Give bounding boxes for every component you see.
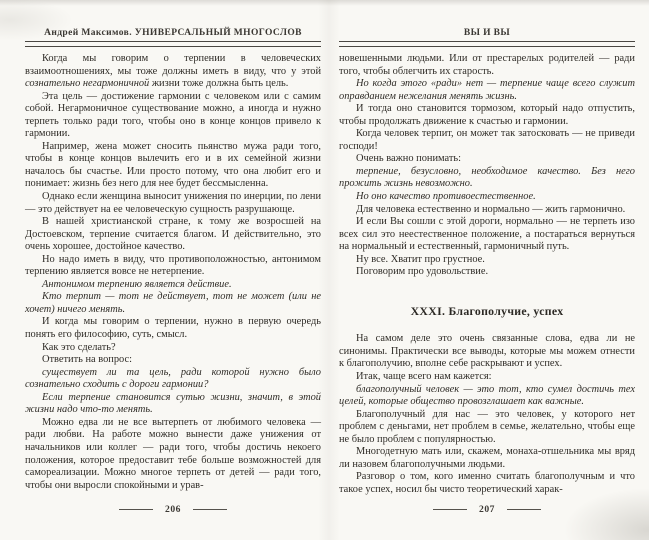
paragraph: Если терпение становится сутью жизни, зн… [25, 392, 321, 417]
paragraph: Например, жена может сносить пьянство му… [25, 141, 321, 191]
paragraph: Когда мы говорим о терпении в человеческ… [25, 53, 321, 91]
paragraph: Но когда этого «ради» нет — терпение чащ… [339, 78, 635, 103]
paragraph: Кто терпит — тот не действует, тот не мо… [25, 291, 321, 316]
paragraph: терпение, безусловно, необходимое качест… [339, 166, 635, 191]
page-left-text: Когда мы говорим о терпении в человеческ… [25, 53, 321, 492]
paragraph: Можно едва ли не все вытерпеть от любимо… [25, 417, 321, 492]
paragraph: И если Вы сошли с этой дороги, нормально… [339, 216, 635, 254]
running-head-left: Андрей Максимов. УНИВЕРСАЛЬНЫЙ МНОГОСЛОВ [25, 28, 321, 41]
book-spread: Андрей Максимов. УНИВЕРСАЛЬНЫЙ МНОГОСЛОВ… [0, 0, 649, 540]
paragraph: новешенными людьми. Или от престарелых р… [339, 53, 635, 78]
header-rule-right [339, 41, 635, 47]
paragraph: Поговорим про удовольствие. [339, 266, 635, 279]
running-head-right: ВЫ И ВЫ [339, 28, 635, 41]
paragraph: благополучный человек — это тот, кто сум… [339, 384, 635, 409]
paragraph: Антонимом терпению является действие. [25, 279, 321, 292]
footer-rule-left [433, 509, 467, 510]
paragraph: Как это сделать? [25, 342, 321, 355]
paragraph: Когда человек терпит, он может так затос… [339, 128, 635, 153]
paragraph: Благополучный для нас — это человек, у к… [339, 409, 635, 447]
paragraph: Ответить на вопрос: [25, 354, 321, 367]
page-gutter [318, 0, 340, 540]
paragraph: На самом деле это очень связанные слова,… [339, 333, 635, 371]
footer-rule-left [119, 509, 153, 510]
footer-rule-right [507, 509, 541, 510]
page-number-left: 206 [165, 504, 181, 515]
footer-rule-right [193, 509, 227, 510]
footer-right: 207 [339, 504, 635, 515]
paragraph: существует ли та цель, ради которой нужн… [25, 367, 321, 392]
paragraph: В нашей христианской стране, к тому же в… [25, 216, 321, 254]
page-right-text: новешенными людьми. Или от престарелых р… [339, 53, 635, 497]
paragraph: Очень важно понимать: [339, 153, 635, 166]
paragraph: И когда мы говорим о терпении, нужно в п… [25, 316, 321, 341]
paragraph: Однако если женщина выносит унижения по … [25, 191, 321, 216]
paragraph: Ну все. Хватит про грустное. [339, 254, 635, 267]
paragraph: Для человека естественно и нормально — ж… [339, 204, 635, 217]
footer-left: 206 [25, 504, 321, 515]
paragraph: Эта цель — достижение гармонии с человек… [25, 91, 321, 141]
paragraph: Но надо иметь в виду, что противоположно… [25, 254, 321, 279]
paragraph: Итак, чаще всего нам кажется: [339, 371, 635, 384]
paragraph: Разговор о том, кого именно считать благ… [339, 471, 635, 496]
page-right: ВЫ И ВЫ новешенными людьми. Или от прест… [339, 28, 635, 497]
paragraph: И тогда оно становится тормозом, который… [339, 103, 635, 128]
paragraph: Многодетную мать или, скажем, монаха-отш… [339, 446, 635, 471]
chapter-heading: XXXI. Благополучие, успех [339, 305, 635, 318]
header-rule-left [25, 41, 321, 47]
page-left: Андрей Максимов. УНИВЕРСАЛЬНЫЙ МНОГОСЛОВ… [25, 28, 321, 492]
page-number-right: 207 [479, 504, 495, 515]
paragraph: Но оно качество противоестественное. [339, 191, 635, 204]
